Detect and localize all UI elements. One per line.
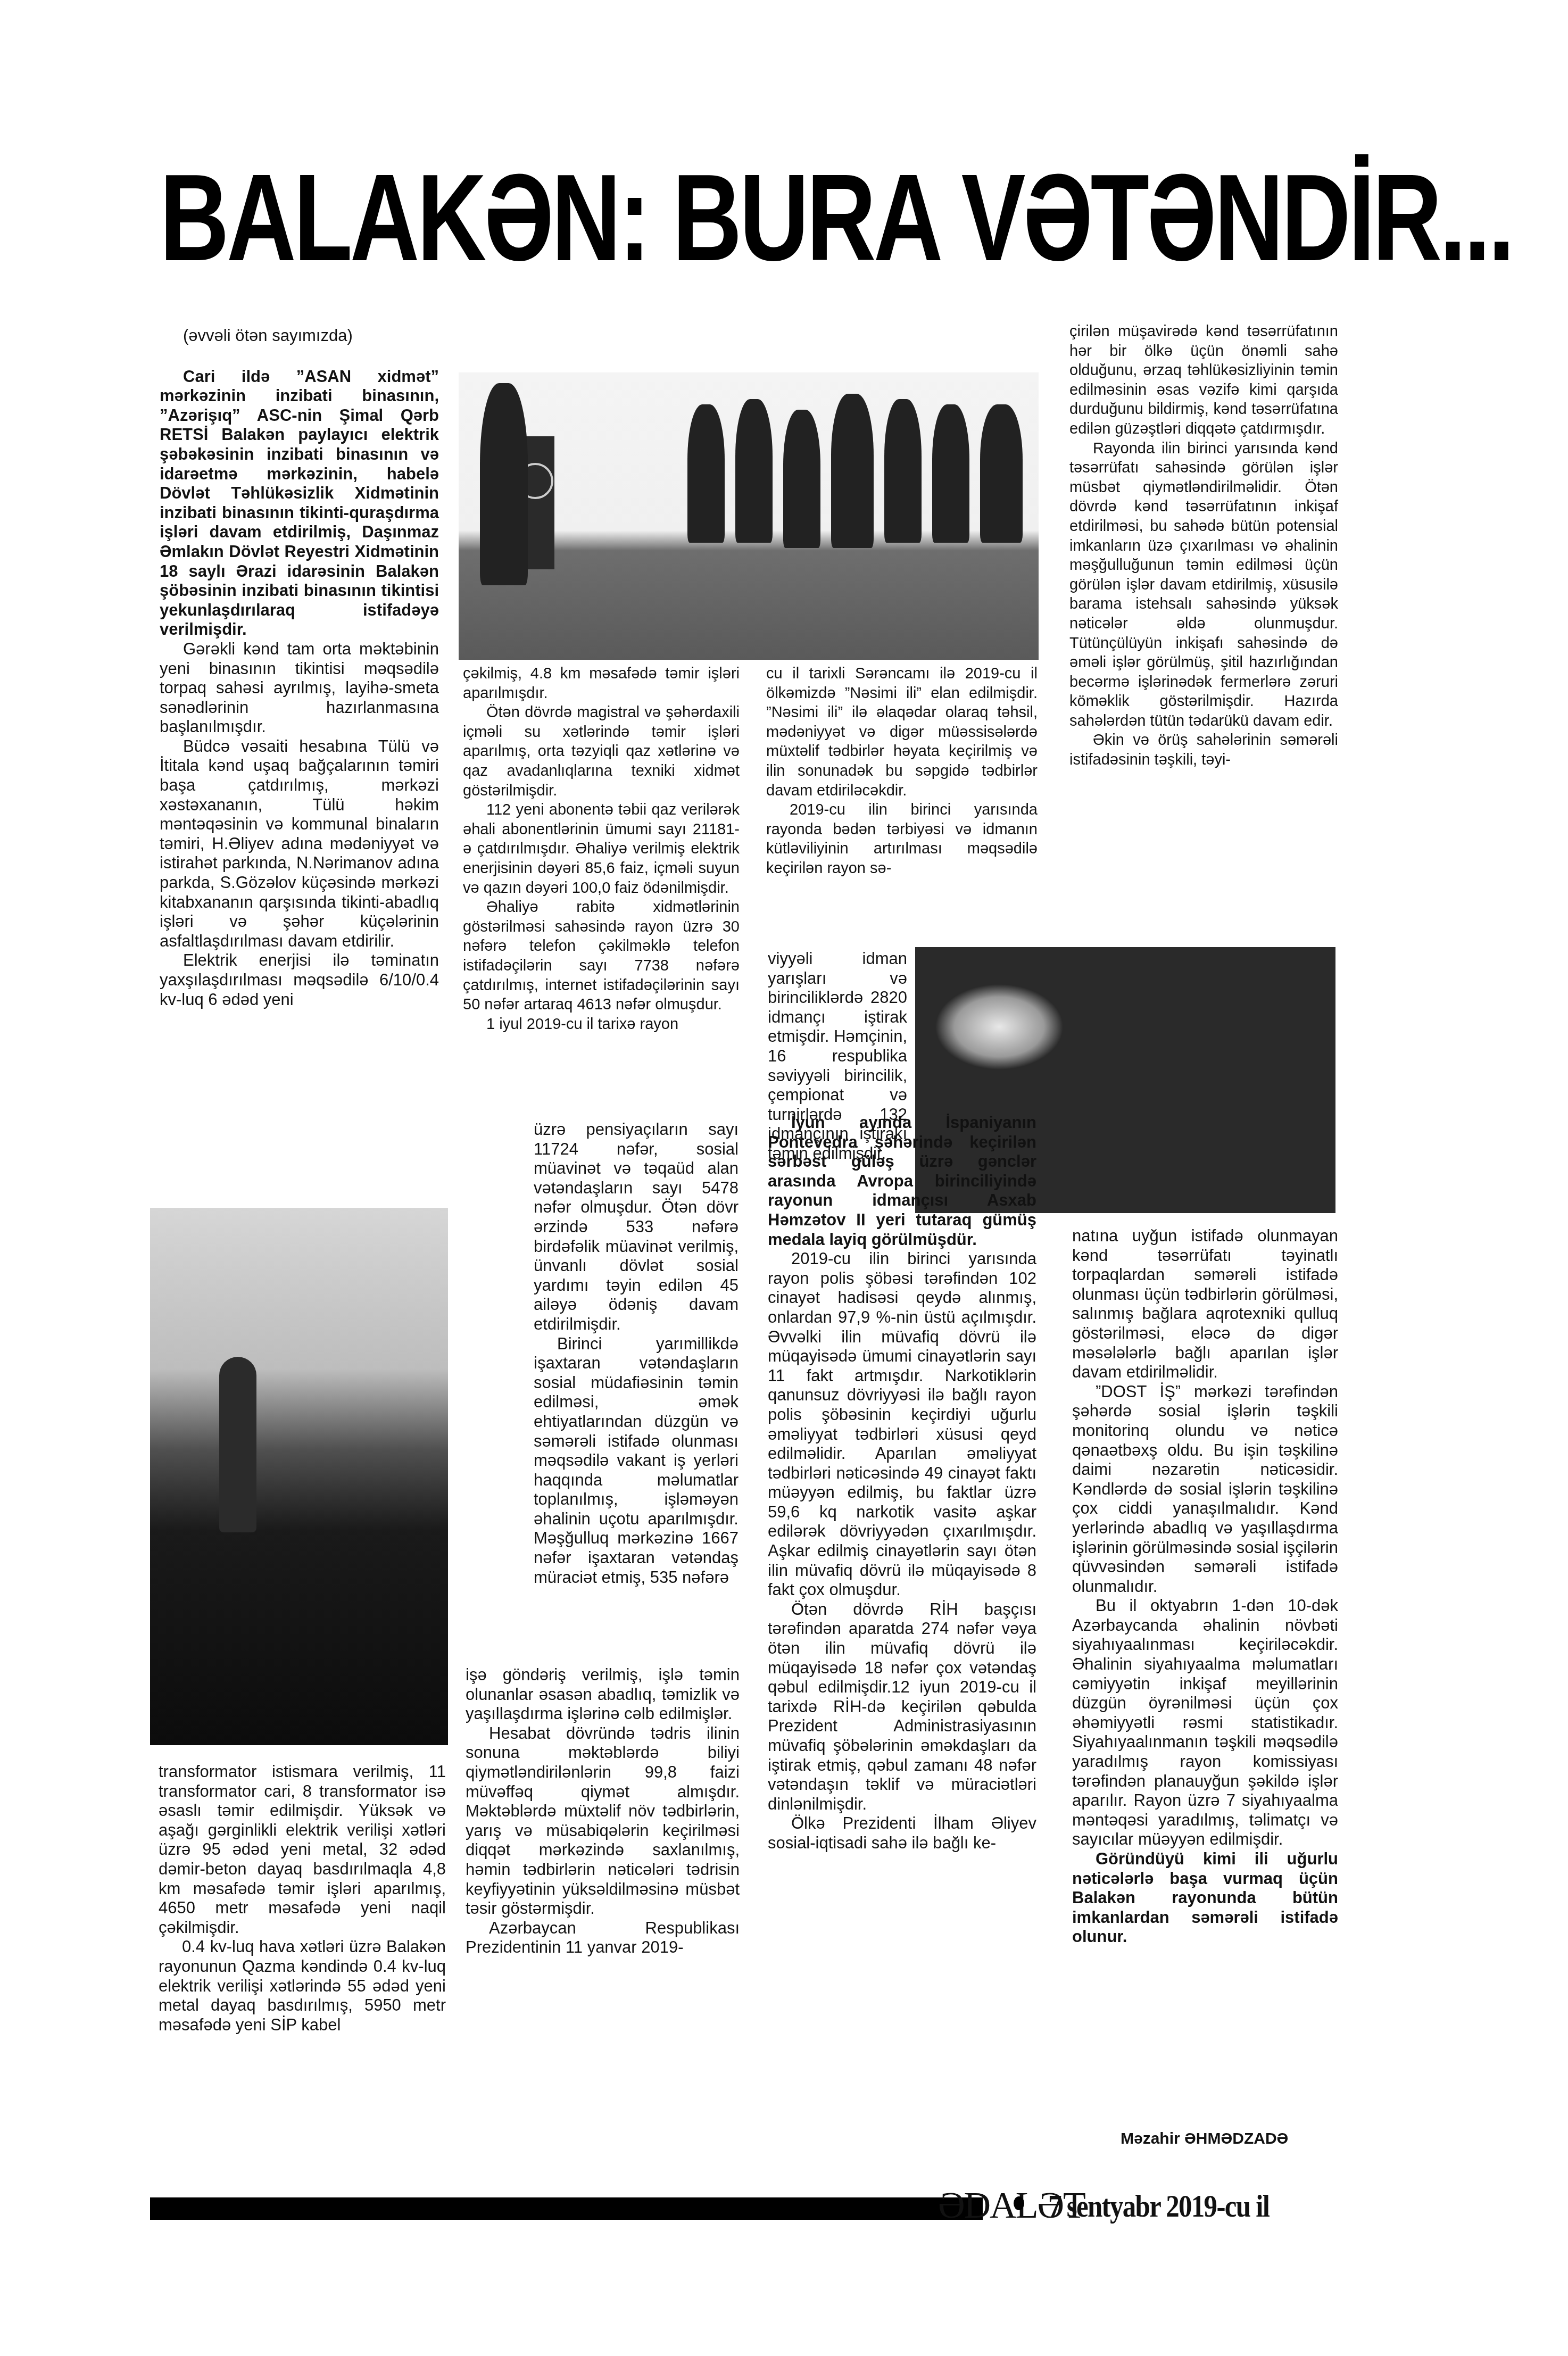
issue-date: 7 sentyabr 2019-cu il xyxy=(1048,2186,1269,2226)
person-figure xyxy=(783,410,820,548)
paragraph: Əkin və örüş sahələrinin səmərəli istifa… xyxy=(1069,731,1338,769)
paragraph: 112 yeni abonentə təbii qaz verilərək əh… xyxy=(463,800,740,898)
paragraph: 0.4 kv-luq hava xətləri üzrə Balakən ray… xyxy=(159,1937,446,2035)
paragraph-conclusion: Göründüyü kimi ili uğurlu nəticələrlə ba… xyxy=(1072,1849,1338,1947)
tobacco-field-photo xyxy=(150,1208,448,1745)
paragraph: Ölkə Prezidenti İlham Əliyev sosial-iqti… xyxy=(768,1814,1036,1853)
paragraph: üzrə pensiyaçıların sayı 11724 nəfər, so… xyxy=(534,1120,739,1334)
paragraph: ”DOST İŞ” mərkəzi tərəfindən şəhərdə sos… xyxy=(1072,1382,1338,1597)
paragraph: 1 iyul 2019-cu il tarixə rayon xyxy=(463,1015,740,1034)
paragraph: Rayonda ilin birinci yarısında kənd təsə… xyxy=(1069,439,1338,731)
paragraph: işə göndəriş verilmiş, işlə təmin olunan… xyxy=(466,1665,740,1724)
paragraph: Azərbaycan Respublikası Prezidentinin 11… xyxy=(466,1919,740,1957)
paragraph: Əhaliyə rabitə xidmətlərinin göstərilməs… xyxy=(463,898,740,1015)
person-figure xyxy=(884,399,922,543)
person-figure xyxy=(831,394,874,548)
column-1-top: (əvvəli ötən sayımızda) Cari ildə ”ASAN … xyxy=(160,326,439,1009)
person-figure xyxy=(735,399,773,543)
column-2-lower: işə göndəriş verilmiş, işlə təmin olunan… xyxy=(466,1665,740,1957)
column-4-lower: natına uyğun istifadə olunmayan kənd təs… xyxy=(1072,1226,1338,1947)
person-figure xyxy=(980,404,1023,543)
continuation-note: (əvvəli ötən sayımızda) xyxy=(160,326,439,346)
paragraph: Cari ildə ”ASAN xidmət” mərkəzinin inzib… xyxy=(160,367,439,640)
paragraph: İyun ayında İspaniyanın Pontevedra şəhər… xyxy=(768,1113,1036,1249)
column-3-lower: İyun ayında İspaniyanın Pontevedra şəhər… xyxy=(768,1113,1036,1853)
paragraph: Hesabat dövründə tədris ilinin sonuna mə… xyxy=(466,1724,740,1919)
column-1-bottom: transformator istismara verilmiş, 11 tra… xyxy=(159,1762,446,2035)
column-4-upper: çirilən müşavirədə kənd təsərrüfatının h… xyxy=(1069,322,1338,770)
person-figure xyxy=(932,404,969,543)
paragraph: çəkilmiş, 4.8 km məsafədə təmir işləri a… xyxy=(463,664,740,703)
paragraph: Bu il oktyabrın 1-dən 10-dək Azərbaycand… xyxy=(1072,1596,1338,1849)
speaker-figure xyxy=(480,383,528,585)
paragraph: çirilən müşavirədə kənd təsərrüfatının h… xyxy=(1069,322,1338,439)
paragraph: Gərəkli kənd tam orta məktəbinin yeni bi… xyxy=(160,640,439,737)
paragraph: Ötən dövrdə RİH başçısı tərəfindən apara… xyxy=(768,1600,1036,1814)
column-2-upper: çəkilmiş, 4.8 km məsafədə təmir işləri a… xyxy=(463,664,740,1034)
headline: BALAKƏN: BURA VƏTƏNDİR... xyxy=(160,154,1089,282)
column-3-upper: cu il tarixli Sərəncamı ilə 2019-cu il ö… xyxy=(766,664,1038,878)
footer-rule xyxy=(150,2197,983,2220)
farmer-figure xyxy=(219,1357,256,1532)
paragraph: natına uyğun istifadə olunmayan kənd təs… xyxy=(1072,1226,1338,1382)
paragraph: 2019-cu ilin birinci yarısında rayonda b… xyxy=(766,800,1038,878)
person-figure xyxy=(687,404,725,543)
paragraph: Büdcə vəsaiti hesabına Tülü və İtitala k… xyxy=(160,737,439,951)
paragraph: Ötən dövrdə magistral və şəhərdaxili içm… xyxy=(463,703,740,800)
paragraph: 2019-cu ilin birinci yarısında rayon pol… xyxy=(768,1249,1036,1600)
bullet-icon xyxy=(1014,2196,1024,2210)
paragraph: cu il tarixli Sərəncamı ilə 2019-cu il ö… xyxy=(766,664,1038,800)
column-2-narrow: üzrə pensiyaçıların sayı 11724 nəfər, so… xyxy=(534,1120,739,1587)
paragraph: Birinci yarımillikdə işaxtaran vətəndaşl… xyxy=(534,1334,739,1588)
paragraph: transformator istismara verilmiş, 11 tra… xyxy=(159,1762,446,1937)
author-byline: Məzahir ƏHMƏDZADƏ xyxy=(1121,2129,1288,2148)
ceremony-photo xyxy=(459,372,1039,660)
paragraph: Elektrik enerjisi ilə təminatın yaxşılaş… xyxy=(160,951,439,1009)
